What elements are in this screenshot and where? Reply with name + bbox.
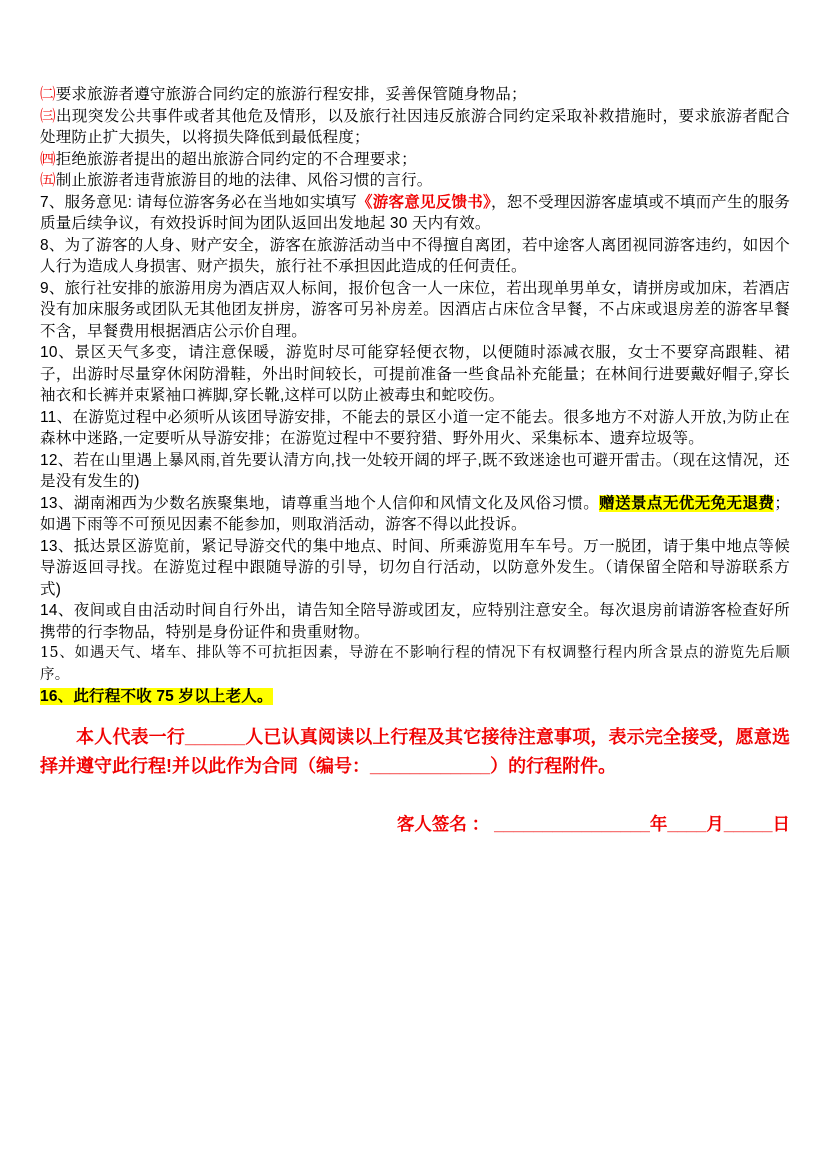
marker-four: ㈣ — [40, 151, 56, 168]
text-segment: 出现突发公共事件或者其他危及情形，以及旅行社因违反旅游合同约定采取补救措施时，要… — [40, 108, 790, 147]
marker-three: ㈢ — [40, 108, 56, 125]
text-segment: 7、服务意见: 请每位游客务必在当地如实填写 — [40, 194, 357, 211]
signature-row: 客人签名 ： ________________年____月_____日 — [40, 811, 790, 836]
text-segment: 本人代表一行 — [76, 727, 185, 747]
day-label: 日 — [773, 814, 791, 834]
text-segment: 15、如遇天气、堵车、排队等不可抗拒因素，导游在不影响行程的情况下有权调整行程内… — [40, 645, 790, 683]
item-7: 7、服务意见: 请每位游客务必在当地如实填写《游客意见反馈书》，恕不受理因游客虚… — [40, 192, 790, 235]
travel-notice-document: ㈡要求旅游者遵守旅游合同约定的旅游行程安排，妥善保管随身物品；㈢出现突发公共事件… — [0, 0, 827, 1170]
agreement-paragraph: 本人代表一行______人已认真阅读以上行程及其它接待注意事项，表示完全接受，愿… — [40, 723, 790, 781]
month-blank-line[interactable]: _____ — [724, 814, 773, 834]
item-duty-4: ㈣拒绝旅游者提出的超出旅游合同约定的不合理要求； — [40, 149, 790, 171]
item-15: 15、如遇天气、堵车、排队等不可抗拒因素，导游在不影响行程的情况下有权调整行程内… — [40, 643, 790, 686]
item-12: 12、若在山里遇上暴风雨,首先要认清方向,找一处较开阔的坪子,既不致迷途也可避开… — [40, 450, 790, 493]
item-13-customs: 13、湖南湘西为少数名族聚集地，请尊重当地个人信仰和风情文化及风俗习惯。赠送景点… — [40, 493, 790, 536]
item-duty-3: ㈢出现突发公共事件或者其他危及情形，以及旅行社因违反旅游合同约定采取补救措施时，… — [40, 106, 790, 149]
text-segment: 12、若在山里遇上暴风雨,首先要认清方向,找一处较开阔的坪子,既不致迷途也可避开… — [40, 452, 790, 491]
item-8: 8、为了游客的人身、财产安全，游客在旅游活动当中不得擅自离团，若中途客人离团视同… — [40, 235, 790, 278]
highlight-age-limit: 16、此行程不收 75 岁以上老人。 — [40, 688, 273, 705]
highlight-no-refund: 赠送景点无优无免无退费 — [599, 495, 774, 512]
signature-label: 客人签名 ： — [397, 814, 489, 834]
signature-blank-line[interactable]: ________________ — [489, 814, 650, 834]
text-segment: 13、抵达景区游览前，紧记导游交代的集中地点、时间、所乘游览用车车号。万一脱团，… — [40, 538, 790, 598]
marker-five: ㈤ — [40, 172, 56, 189]
text-segment: 10、景区天气多变，请注意保暖，游览时尽可能穿轻便衣物，以便随时添减衣服，女士不… — [40, 344, 790, 404]
item-13-gathering: 13、抵达景区游览前，紧记导游交代的集中地点、时间、所乘游览用车车号。万一脱团，… — [40, 536, 790, 601]
item-14: 14、夜间或自由活动时间自行外出，请告知全陪导游或团友，应特别注意安全。每次退房… — [40, 600, 790, 643]
item-10: 10、景区天气多变，请注意保暖，游览时尽可能穿轻便衣物，以便随时添减衣服，女士不… — [40, 342, 790, 407]
notice-paragraph-list: ㈡要求旅游者遵守旅游合同约定的旅游行程安排，妥善保管随身物品；㈢出现突发公共事件… — [40, 84, 790, 708]
item-9: 9、旅行社安排的旅游用房为酒店双人标间，报价包含一人一床位，若出现单男单女，请拼… — [40, 278, 790, 343]
month-label: 月 — [706, 814, 724, 834]
year-label: 年 — [650, 814, 668, 834]
item-duty-5: ㈤制止旅游者违背旅游目的地的法律、风俗习惯的言行。 — [40, 170, 790, 192]
text-segment: ）的行程附件。 — [490, 756, 616, 776]
text-segment: 9、旅行社安排的旅游用房为酒店双人标间，报价包含一人一床位，若出现单男单女，请拼… — [40, 280, 790, 340]
text-segment: 13、湖南湘西为少数名族聚集地，请尊重当地个人信仰和风情文化及风俗习惯。 — [40, 495, 599, 512]
text-segment: 8、为了游客的人身、财产安全，游客在旅游活动当中不得擅自离团，若中途客人离团视同… — [40, 237, 790, 276]
item-16: 16、此行程不收 75 岁以上老人。 — [40, 686, 790, 708]
year-blank-line[interactable]: ____ — [667, 814, 706, 834]
marker-two: ㈡ — [40, 86, 56, 103]
feedback-book-title: 《游客意见反馈书》 — [357, 194, 491, 211]
contract-number-blank: ____________ — [370, 756, 490, 776]
text-segment: 11、在游览过程中必须听从该团导游安排，不能去的景区小道一定不能去。很多地方不对… — [40, 409, 790, 448]
text-segment: 拒绝旅游者提出的超出旅游合同约定的不合理要求； — [56, 151, 417, 168]
text-segment: 要求旅游者遵守旅游合同约定的旅游行程安排，妥善保管随身物品； — [56, 86, 527, 103]
text-segment: 14、夜间或自由活动时间自行外出，请告知全陪导游或团友，应特别注意安全。每次退房… — [40, 602, 790, 641]
item-duty-2: ㈡要求旅游者遵守旅游合同约定的旅游行程安排，妥善保管随身物品； — [40, 84, 790, 106]
text-segment: 制止旅游者违背旅游目的地的法律、风俗习惯的言行。 — [56, 172, 433, 189]
headcount-blank: ______ — [185, 727, 245, 747]
item-11: 11、在游览过程中必须听从该团导游安排，不能去的景区小道一定不能去。很多地方不对… — [40, 407, 790, 450]
